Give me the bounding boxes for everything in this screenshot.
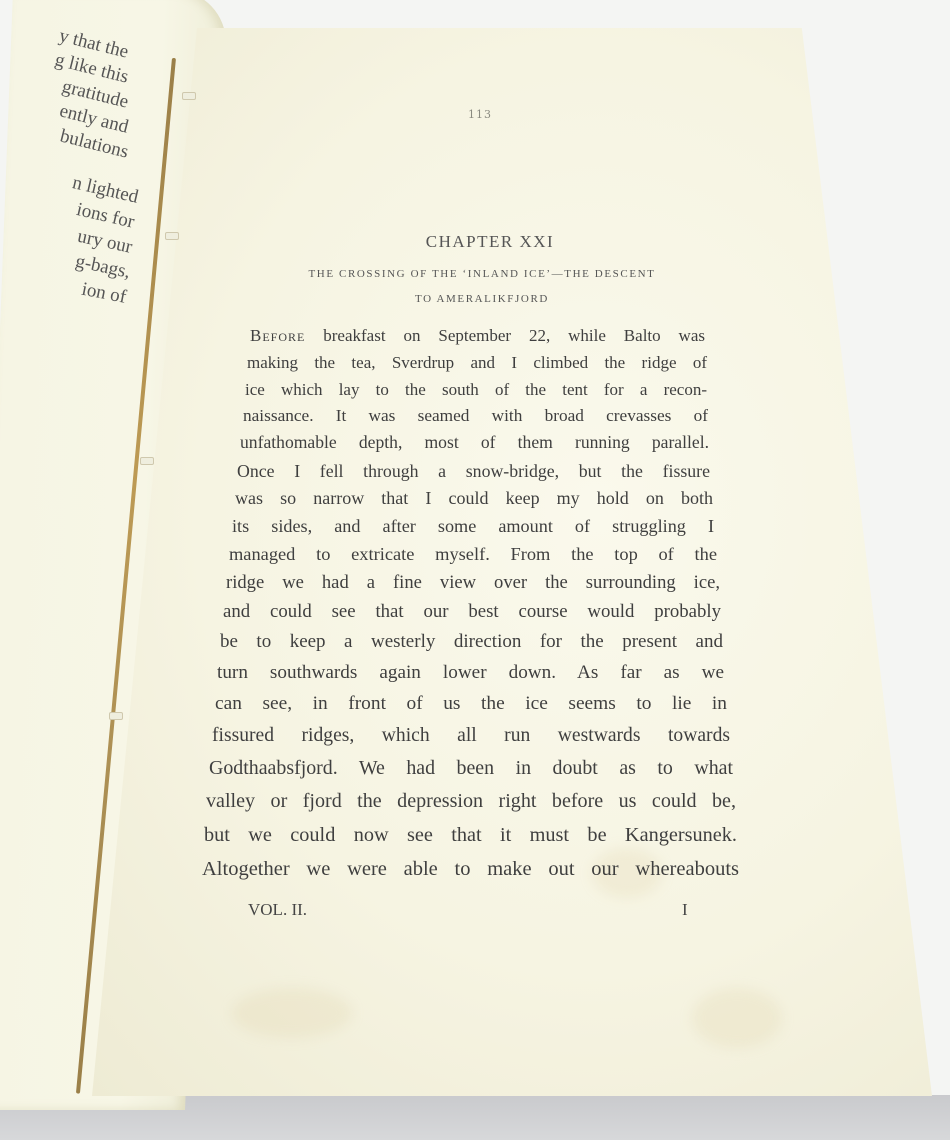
text-line: valley or fjord the depression right bef… xyxy=(206,790,736,813)
text-line: ice which lay to the south of the tent f… xyxy=(245,380,707,400)
text-line: managed to extricate myself. From the to… xyxy=(229,544,717,565)
stitch xyxy=(109,712,123,720)
text-line: fissured ridges, which all run westwards… xyxy=(212,725,730,747)
left-page-text: y that the g like this gratitude ently a… xyxy=(0,40,120,310)
text-line: Altogether we were able to make out our … xyxy=(202,858,739,881)
gathering-signature: I xyxy=(682,900,688,920)
chapter-title: CHAPTER XXI xyxy=(300,232,680,252)
text-line: be to keep a westerly direction for the … xyxy=(220,631,723,653)
stitch xyxy=(182,92,196,100)
text-line: Once I fell through a snow-bridge, but t… xyxy=(237,461,710,482)
foxing-stain xyxy=(232,988,352,1038)
text-line: its sides, and after some amount of stru… xyxy=(232,516,714,537)
text-line: but we could now see that it must be Kan… xyxy=(204,824,737,847)
text-line: can see, in front of us the ice seems to… xyxy=(215,693,727,715)
text-line: Godthaabsfjord. We had been in doubt as … xyxy=(209,757,733,780)
stitch xyxy=(140,457,154,465)
text-line: naissance. It was seamed with broad crev… xyxy=(243,406,708,426)
text-line: unfathomable depth, most of them running… xyxy=(240,432,709,453)
page-number: 113 xyxy=(468,108,492,121)
text-line: making the tea, Sverdrup and I climbed t… xyxy=(247,353,707,373)
volume-signature: VOL. II. xyxy=(248,900,307,920)
foxing-stain xyxy=(692,988,782,1048)
text-line: Before breakfast on September 22, while … xyxy=(250,326,705,346)
chapter-subtitle: THE CROSSING OF THE ‘INLAND ICE’—THE DES… xyxy=(262,268,702,280)
text-line: was so narrow that I could keep my hold … xyxy=(235,488,713,509)
text-line: and could see that our best course would… xyxy=(223,601,721,623)
chapter-subtitle-cont: TO AMERALIKFJORD xyxy=(262,293,702,305)
stitch xyxy=(165,232,179,240)
text-line: turn southwards again lower down. As far… xyxy=(217,662,724,684)
text-line: ridge we had a fine view over the surrou… xyxy=(226,572,720,594)
lead-word: Before xyxy=(250,326,305,345)
